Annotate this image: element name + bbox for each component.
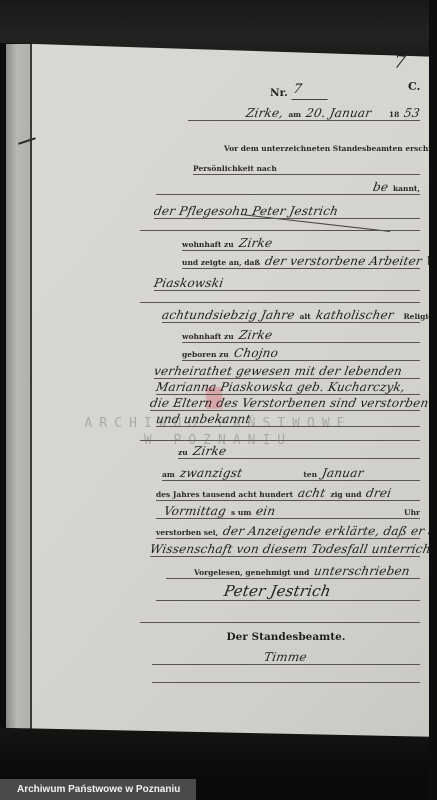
printed-text: zu xyxy=(178,449,188,459)
statement-line-2: Wissenschaft von diesem Todesfall unterr… xyxy=(150,538,420,557)
handwritten-text: Zirke xyxy=(238,329,274,342)
handwritten-text: Chojno xyxy=(233,347,279,360)
handwritten-text: 7 xyxy=(291,83,330,100)
handwritten-text: der Anzeigende erklärte, daß er aus eige… xyxy=(222,525,437,538)
handwritten-text: drei xyxy=(365,487,392,500)
handwritten-text: Januar xyxy=(321,467,365,480)
scanner-background-right xyxy=(429,0,437,800)
residence-line-1: wohnhaft zuZirke xyxy=(182,232,420,251)
archive-badge: Archiwum Państwowe w Poznaniu xyxy=(0,779,196,800)
handwritten-text: Peter Jestrich xyxy=(223,584,332,600)
form-layer: Nr.7Zirke,am20. Januar1853Vor dem unterz… xyxy=(6,44,430,738)
record-number-line: Nr.7 xyxy=(270,84,360,100)
death-year-line: des Jahres tausend acht hundertachtzig u… xyxy=(156,482,420,501)
handwritten-text: Timme xyxy=(263,651,308,664)
report-line: und zeigte an, daßder verstorbene Arbeit… xyxy=(182,250,420,269)
blank-line xyxy=(140,286,420,303)
printed-text: ten xyxy=(303,471,317,481)
printed-text: am xyxy=(162,471,175,481)
printed-text: 18 xyxy=(389,111,399,121)
handwritten-text: der verstorbene Arbeiter Valentin xyxy=(264,255,437,268)
handwritten-text: be xyxy=(372,181,389,194)
declarant-signature-line: Peter Jestrich xyxy=(156,578,420,601)
printed-text: Persönlichkeit nach xyxy=(193,165,277,175)
statement-line-1: verstorben sei,der Anzeigende erklärte, … xyxy=(156,520,420,539)
document-page: ARCHIWUM PAŃSTWOWE W POZNANIU 7 C. Nr.7Z… xyxy=(6,44,430,738)
handwritten-text: unterschrieben xyxy=(313,565,411,578)
handwritten-text: katholischer xyxy=(315,309,395,322)
death-date-line: amzwanzigsttenJanuar xyxy=(162,462,420,481)
handwritten-text: Zirke xyxy=(238,237,274,250)
printed-text: wohnhaft zu xyxy=(182,241,234,251)
registrar-signature-line: Timme xyxy=(152,646,420,665)
handwritten-text: Zirke xyxy=(192,445,228,458)
blank-line xyxy=(140,424,420,441)
blank-line xyxy=(152,666,420,683)
handwritten-text: 20. Januar xyxy=(305,107,373,120)
handwritten-text: Vormittag xyxy=(163,505,227,518)
printed-text: am xyxy=(288,111,301,121)
handwritten-text: Zirke, xyxy=(245,107,285,120)
printed-text: Der Standesbeamte. xyxy=(227,632,346,645)
age-religion-line: achtundsiebzig JahrealtkatholischerRelig… xyxy=(162,304,420,323)
closing-line: Vorgelesen, genehmigt undunterschrieben xyxy=(166,560,420,579)
printed-text: und zeigte an, daß xyxy=(182,259,260,269)
death-time-line: Vormittags umeinUhr xyxy=(156,500,420,519)
printed-text: alt xyxy=(300,313,311,323)
archive-badge-label: Archiwum Państwowe w Poznaniu xyxy=(17,784,180,795)
intro-line-1: Vor dem unterzeichneten Standesbeamten e… xyxy=(224,142,420,154)
known-line: bekannt, xyxy=(156,176,420,195)
handwritten-text: achtundsiebzig Jahre xyxy=(161,309,296,322)
printed-text: Vor dem unterzeichneten Standesbeamten e… xyxy=(224,145,437,155)
printed-text: wohnhaft zu xyxy=(182,333,234,343)
printed-text: geboren zu xyxy=(182,351,229,361)
handwritten-text: acht xyxy=(297,487,327,500)
birthplace-line: geboren zuChojno xyxy=(182,342,420,361)
printed-text: des Jahres tausend acht hundert xyxy=(156,491,293,501)
printed-text: Nr. xyxy=(270,88,288,101)
handwritten-text: zwanzigst xyxy=(179,467,243,480)
death-place-line: zuZirke xyxy=(178,440,420,459)
handwritten-text: 53 xyxy=(403,107,421,120)
registrar-title-line: Der Standesbeamte. xyxy=(206,632,366,644)
scanned-document-view: ARCHIWUM PAŃSTWOWE W POZNANIU 7 C. Nr.7Z… xyxy=(0,0,437,800)
printed-text: kannt, xyxy=(393,185,420,195)
printed-text: Uhr xyxy=(404,509,420,519)
residence-line-2: wohnhaft zuZirke xyxy=(182,324,420,343)
blank-line xyxy=(140,214,420,231)
printed-text: Vorgelesen, genehmigt und xyxy=(194,569,309,579)
printed-text: s um xyxy=(231,509,251,519)
printed-text: zig und xyxy=(330,491,361,501)
intro-line-2: Persönlichkeit nach xyxy=(193,156,420,175)
printed-text: verstorben sei, xyxy=(156,529,218,539)
place-date-line: Zirke,am20. Januar1853 xyxy=(188,102,420,121)
blank-line xyxy=(140,606,420,623)
handwritten-text: ein xyxy=(255,505,277,518)
handwritten-text: Wissenschaft von diesem Todesfall unterr… xyxy=(149,543,437,556)
